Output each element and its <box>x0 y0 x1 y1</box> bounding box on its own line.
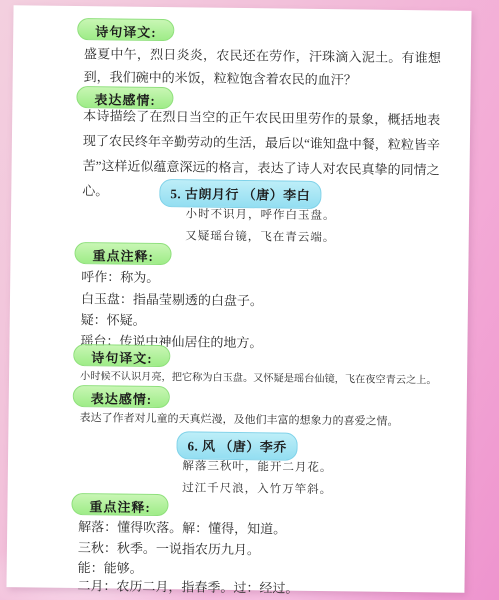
label-translation-prev: 诗句译文: <box>77 18 175 41</box>
poem5-verse-line: 小时不识月，呼作白玉盘。 <box>82 204 439 224</box>
label-translation-poem5: 诗句译文: <box>73 344 171 367</box>
poem6-verse-line: 解落三秋叶，能开二月花。 <box>79 456 436 476</box>
paragraph-translation-prev: 盛夏中午，烈日炎炎，农民还在劳作，汗珠滴入泥土。有谁想到，我们碗中的米饭，粒粒饱… <box>84 42 442 92</box>
poem5-note-line: 疑：怀疑。 <box>81 309 441 332</box>
paragraph-translation-poem5: 小时候不认识月亮，把它称为白玉盘。又怀疑是瑶台仙镜，飞在夜空青云之上。 <box>80 367 440 386</box>
label-feeling-poem5: 表达感情: <box>73 385 171 408</box>
poem6-note-line: 解落：懂得吹落。解：懂得，知道。 <box>78 516 438 539</box>
label-notes-poem6: 重点注释: <box>71 493 169 516</box>
scanned-document-page: 诗句译文: 盛夏中午，烈日炎炎，农民还在劳作，汗珠滴入泥土。有谁想到，我们碗中的… <box>6 5 471 593</box>
label-notes-poem5: 重点注释: <box>74 242 172 265</box>
poem6-title: 6. 风 （唐）李乔 <box>176 431 298 460</box>
poem5-note-line: 呼作：称为。 <box>81 266 441 289</box>
poem5-note-line: 白玉盘：指晶莹剔透的白盘子。 <box>81 288 441 311</box>
paragraph-feeling-poem5: 表达了作者对儿童的天真烂漫，及他们丰富的想象力的喜爱之情。 <box>79 409 439 429</box>
